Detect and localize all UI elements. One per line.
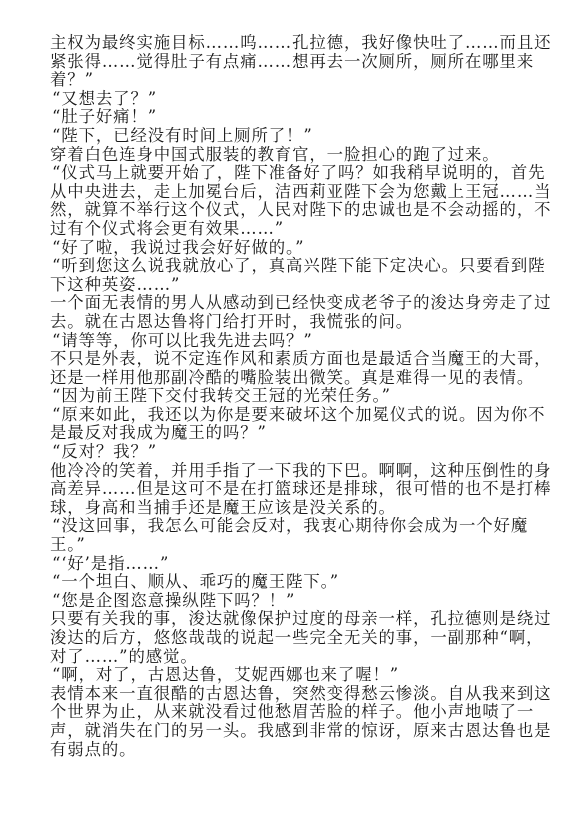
text-line: 不只是外表，说不定连作风和素质方面也是最适合当魔王的大哥， [50, 350, 528, 369]
text-line: 球，身高和当捕手还是魔王应该是没关系的。 [50, 499, 528, 518]
text-line: 紧张得……觉得肚子有点痛……想再去一次厕所，厕所在哪里来 [50, 53, 528, 72]
text-line: 穿着白色连身中国式服装的教育官，一脸担心的跑了过来。 [50, 146, 528, 165]
text-line: 声，就消失在门的另一头。我感到非常的惊讶，原来古恩达鲁也是 [50, 722, 528, 741]
text-line: 下这种英姿……” [50, 276, 528, 295]
text-line: 过有个仪式将会更有效果……” [50, 220, 528, 239]
text-line: 对了……”的感觉。 [50, 648, 528, 667]
dialogue-line: “好了啦，我说过我会好好做的。” [50, 239, 528, 258]
text-line: 去。就在古恩达鲁将门给打开时，我慌张的问。 [50, 313, 528, 332]
dialogue-line: “原来如此，我还以为你是要来破坏这个加冕仪式的说。因为你不 [50, 406, 528, 425]
dialogue-line: “仪式马上就要开始了，陛下准备好了吗？如我稍早说明的，首先 [50, 164, 528, 183]
dialogue-line: “又想去了？” [50, 90, 528, 109]
dialogue-line: “‘好’是指……” [50, 555, 528, 574]
text-line: 有弱点的。 [50, 741, 528, 760]
text-line: 他冷冷的笑着，并用手指了一下我的下巴。啊啊，这种压倒性的身 [50, 462, 528, 481]
text-line: 是最反对我成为魔王的吗？” [50, 424, 528, 443]
dialogue-line: “没这回事，我怎么可能会反对，我衷心期待你会成为一个好魔 [50, 517, 528, 536]
text-line: 主权为最终实施目标……呜……孔拉德，我好像快吐了……而且还 [50, 34, 528, 53]
dialogue-line: “陛下，已经没有时间上厕所了！” [50, 127, 528, 146]
text-line: 着？” [50, 71, 528, 90]
text-line: 然，就算不举行这个仪式，人民对陛下的忠诚也是不会动摇的，不 [50, 201, 528, 220]
dialogue-line: “您是企图恣意操纵陛下吗？！” [50, 592, 528, 611]
text-line: 还是一样用他那副冷酷的嘴脸装出微笑。真是难得一见的表情。 [50, 369, 528, 388]
text-line: 表情本来一直很酷的古恩达鲁，突然变得愁云惨淡。自从我来到这 [50, 685, 528, 704]
dialogue-line: “一个坦白、顺从、乖巧的魔王陛下。” [50, 573, 528, 592]
text-line: 王。” [50, 536, 528, 555]
dialogue-line: “请等等，你可以比我先进去吗？” [50, 332, 528, 351]
text-line: 只要有关我的事，浚达就像保护过度的母亲一样，孔拉德则是绕过 [50, 610, 528, 629]
text-line: 一个面无表情的男人从感动到已经快变成老爷子的浚达身旁走了过 [50, 294, 528, 313]
text-line: 高差异……但是这可不是在打篮球还是排球，很可惜的也不是打棒 [50, 480, 528, 499]
document-page: 主权为最终实施目标……呜……孔拉德，我好像快吐了……而且还 紧张得……觉得肚子有… [50, 34, 528, 759]
dialogue-line: “因为前王陛下交付我转交王冠的光荣任务。” [50, 387, 528, 406]
dialogue-line: “啊，对了，古恩达鲁，艾妮西娜也来了喔！” [50, 666, 528, 685]
dialogue-line: “肚子好痛！” [50, 108, 528, 127]
text-line: 个世界为止，从来就没看过他愁眉苦脸的样子。他小声地啧了一 [50, 703, 528, 722]
text-line: 浚达的后方，悠悠哉哉的说起一些完全无关的事，一副那种“啊， [50, 629, 528, 648]
dialogue-line: “反对？我？” [50, 443, 528, 462]
text-line: 从中央进去，走上加冕台后，洁西莉亚陛下会为您戴上王冠……当 [50, 183, 528, 202]
dialogue-line: “听到您这么说我就放心了，真高兴陛下能下定决心。只要看到陛 [50, 257, 528, 276]
